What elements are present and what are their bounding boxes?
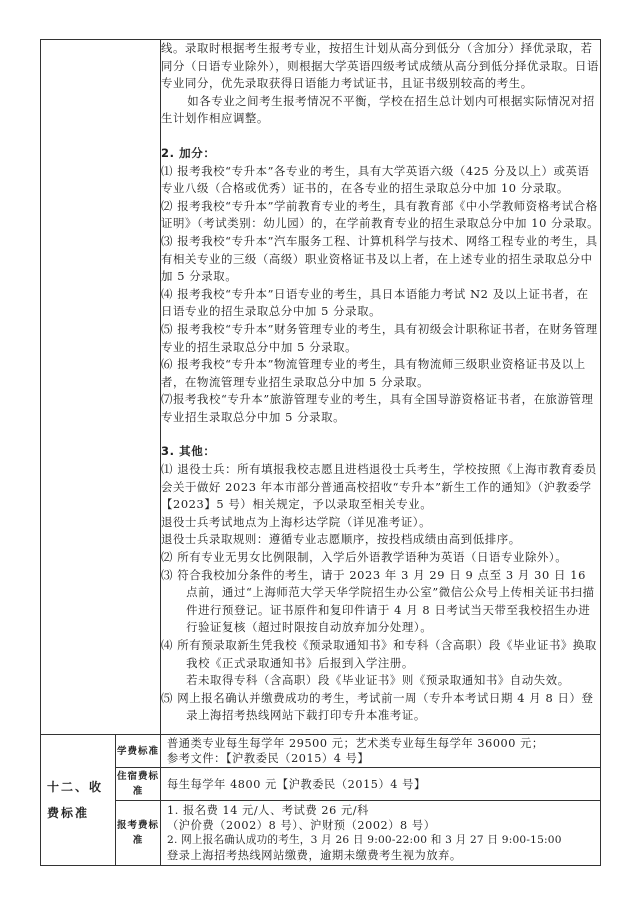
admission-rule-paragraph: 线。录取时根据考生报考专业，按招生计划从高分到低分（含加分）择优录取，若同分（日… xyxy=(161,40,600,93)
other-item-gender: ⑵ 所有专业无男女比例限制，入学后外语教学语种为英语（日语专业除外）。 xyxy=(161,549,600,567)
admission-rules-content: 线。录取时根据考生报考专业，按招生计划从高分到低分（含加分）择优录取，若同分（日… xyxy=(161,40,601,735)
fee-value: 每生每学年 4800 元【沪教委民（2015）4 号】 xyxy=(161,768,601,801)
bonus-heading: 2. 加分： xyxy=(161,145,600,163)
bonus-item: ⑹ 报考我校“专升本”物流管理专业的考生，具有物流师三级职业资格证书及以上者，在… xyxy=(161,356,600,391)
bonus-item: ⑷ 报考我校“专升本”日语专业的考生，具日本语能力考试 N2 及以上证书者，在日… xyxy=(161,286,600,321)
plan-adjust-paragraph: 如各专业之间考生报考情况不平衡，学校在招生总计划内可根据实际情况对招生计划作相应… xyxy=(161,93,600,128)
other-item-enrollment: ⑷ 所有预录取新生凭我校《预录取通知书》和专科（含高职）段《毕业证书》换取我校《… xyxy=(161,637,600,672)
item-number: ⑷ xyxy=(161,638,173,652)
row-label-cell xyxy=(41,40,161,735)
fee-value: 普通类专业每生每学年 29500 元；艺术类专业每生每学年 36000 元； 参… xyxy=(161,735,601,768)
fee-row-tuition: 十二、收费标准 学费标准 普通类专业每生每学年 29500 元；艺术类专业每生每… xyxy=(41,735,601,768)
bonus-item: ⑴ 报考我校“专升本”各专业的考生，具有大学英语六级（425 分及以上）或英语专… xyxy=(161,163,600,198)
fee-line: 普通类专业每生每学年 29500 元；艺术类专业每生每学年 36000 元； xyxy=(167,736,594,751)
veterans-exam-location: 退役士兵考试地点为上海杉达学院（详见准考证）。 xyxy=(161,514,600,532)
bonus-item: ⑸ 报考我校“专升本”财务管理专业的考生，具有初级会计职称证书者，在财务管理专业… xyxy=(161,321,600,356)
fee-line: （沪价费（2002）8 号）、沪财预（2002）8 号） xyxy=(167,818,594,833)
item-number: ⑶ xyxy=(161,568,173,582)
admissions-table: 线。录取时根据考生报考专业，按招生计划从高分到低分（含加分）择优录取，若同分（日… xyxy=(40,39,601,866)
bonus-item: ⑵ 报考我校“专升本”学前教育专业的考生，具有教育部《中小学教师资格考试合格证明… xyxy=(161,198,600,233)
fee-line: 1. 报名费 14 元/人、考试费 26 元/科 xyxy=(167,803,594,818)
other-item-bonus-registration: ⑶ 符合我校加分条件的考生，请于 2023 年 3 月 29 日 9 点至 3 … xyxy=(161,567,600,637)
fee-label: 报考费标准 xyxy=(116,801,161,866)
bonus-item: ⑺报考我校“专升本”旅游管理专业的考生，具有全国导游资格证书者，在旅游管理专业招… xyxy=(161,391,600,426)
fee-row-exam: 报考费标准 1. 报名费 14 元/人、考试费 26 元/科 （沪价费（2002… xyxy=(41,801,601,866)
other-item-admission-ticket: ⑸ 网上报名确认并缴费成功的考生，考试前一周（专升本考试日期 4 月 8 日）登… xyxy=(161,690,600,725)
veterans-admission-rule: 退役士兵录取规则：遵循专业志愿顺序，按投档成绩由高到低排序。 xyxy=(161,531,600,549)
other-heading: 3. 其他： xyxy=(161,443,600,461)
fee-label: 学费标准 xyxy=(116,735,161,768)
fee-label: 住宿费标准 xyxy=(116,768,161,801)
fee-value: 1. 报名费 14 元/人、考试费 26 元/科 （沪价费（2002）8 号）、… xyxy=(161,801,601,866)
enrollment-note: 若未取得专科（含高职）段《毕业证书》则《预录取通知书》自动失效。 xyxy=(161,672,600,690)
fee-row-accommodation: 住宿费标准 每生每学年 4800 元【沪教委民（2015）4 号】 xyxy=(41,768,601,801)
item-number: ⑸ xyxy=(161,691,173,705)
fee-line: 每生每学年 4800 元【沪教委民（2015）4 号】 xyxy=(167,777,594,792)
fee-line: 参考文件：【沪教委民（2015）4 号】 xyxy=(167,751,594,766)
item-text: 所有预录取新生凭我校《预录取通知书》和专科（含高职）段《毕业证书》换取我校《正式… xyxy=(177,638,597,670)
fee-line: 2. 网上报名确认成功的考生，3 月 26 日 9:00-22:00 和 3 月… xyxy=(167,833,594,848)
bonus-item: ⑶ 报考我校“专升本”汽车服务工程、计算机科学与技术、网络工程专业的考生，具有相… xyxy=(161,233,600,286)
item-text: 符合我校加分条件的考生，请于 2023 年 3 月 29 日 9 点至 3 月 … xyxy=(177,568,594,635)
fees-section-title: 十二、收费标准 xyxy=(41,735,116,866)
fee-line: 登录上海招考热线网站缴费，逾期未缴费考生视为放弃。 xyxy=(167,848,594,863)
item-text: 网上报名确认并缴费成功的考生，考试前一周（专升本考试日期 4 月 8 日）登录上… xyxy=(177,691,593,723)
other-item-veterans: ⑴ 退役士兵：所有填报我校志愿且进档退役士兵考生，学校按照《上海市教育委员会关于… xyxy=(161,461,600,514)
admission-rules-row: 线。录取时根据考生报考专业，按招生计划从高分到低分（含加分）择优录取，若同分（日… xyxy=(41,40,601,735)
